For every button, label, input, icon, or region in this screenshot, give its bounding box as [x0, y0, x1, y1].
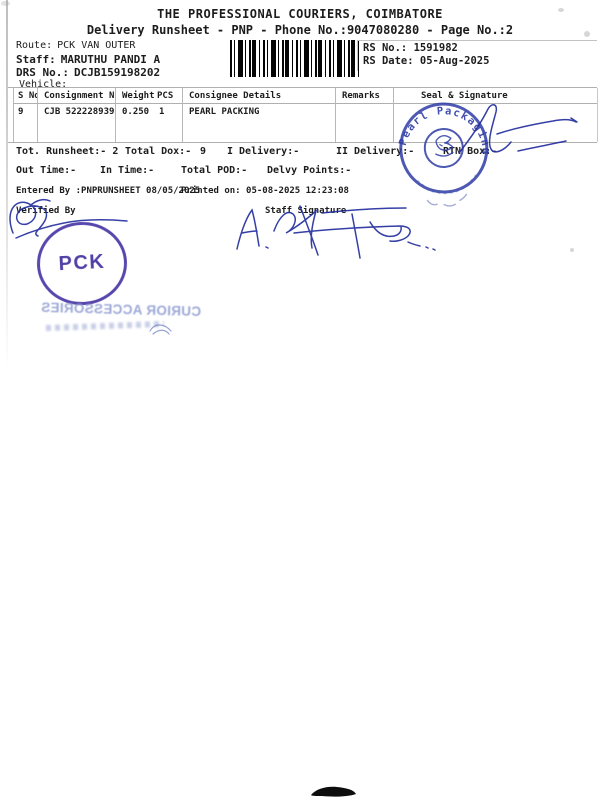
- col-header-weight: Weight: [115, 88, 155, 104]
- col-header-remarks: Remarks: [335, 88, 393, 104]
- cell-weight: 0.250: [115, 104, 155, 142]
- total-runsheet: Tot. Runsheet:- 2: [16, 146, 118, 157]
- total-runsheet-value: 2: [112, 146, 118, 157]
- table-bottom-line: [8, 142, 597, 143]
- total-dox-label: Total Dox:-: [125, 146, 191, 157]
- scan-smudge: [311, 787, 356, 797]
- out-time-label: Out Time:-: [16, 165, 76, 176]
- scan-speck: [1, 1, 10, 6]
- document-title: THE PROFESSIONAL COURIERS, COIMBATORE: [0, 7, 600, 21]
- rs-date-label: RS Date:: [363, 55, 414, 67]
- route-value: PCK VAN OUTER: [57, 40, 135, 51]
- staff-label: Staff:: [16, 53, 56, 66]
- i-delivery-label: I Delivery:-: [227, 146, 299, 157]
- printed-on: Printed on: 05-08-2025 12:23:08: [181, 186, 349, 196]
- cell-consignment: CJB 522228939: [37, 104, 115, 142]
- staff-signature-label: Staff Signature: [265, 206, 346, 216]
- bleed-through-stamp: CURIOR ACCESSORIES: [28, 300, 214, 320]
- pck-stamp: PCK: [35, 220, 129, 308]
- cell-pcs: 1: [155, 104, 182, 142]
- total-runsheet-label: Tot. Runsheet:-: [16, 146, 106, 157]
- consignment-table: S No Consignment No Weight PCS Consignee…: [13, 88, 598, 142]
- staff-value: MARUTHU PANDI A: [61, 53, 160, 66]
- delivery-runsheet-document: THE PROFESSIONAL COURIERS, COIMBATORE De…: [0, 0, 600, 800]
- barcode: [230, 40, 361, 77]
- drs-label: DRS No.:: [16, 66, 69, 79]
- verified-by-label: Verified By: [16, 206, 76, 216]
- in-time-label: In Time:-: [100, 165, 154, 176]
- pearl-packaging-stamp: Pearl Packaging: [394, 100, 494, 220]
- drs-value: DCJB159198202: [74, 66, 160, 79]
- total-dox-value: 9: [200, 146, 206, 157]
- total-pod-label: Total POD:-: [181, 165, 247, 176]
- rs-no-label: RS No.:: [363, 42, 407, 54]
- divider: [357, 40, 597, 41]
- pck-stamp-text: PCK: [58, 251, 106, 276]
- rs-date-row: RS Date: 05-Aug-2025: [363, 55, 489, 67]
- cell-consignee: PEARL PACKING: [182, 104, 335, 142]
- cell-remarks: [335, 104, 393, 142]
- pearl-stamp-arc-text: Pearl Packaging: [397, 105, 492, 156]
- scan-edge-artifact: [6, 0, 8, 370]
- route-label: Route:: [16, 40, 52, 51]
- rs-no-row: RS No.: 1591982: [363, 42, 458, 54]
- bleed-through-stamp-line2: [46, 321, 164, 331]
- col-header-consignee: Consignee Details: [182, 88, 335, 104]
- route-row: Route:PCK VAN OUTER: [16, 40, 135, 51]
- entered-by: Entered By :PNPRUNSHEET 08/05/2025: [16, 186, 200, 196]
- svg-text:Pearl Packaging: Pearl Packaging: [397, 105, 492, 156]
- cell-sno: 9: [13, 104, 37, 142]
- divider: [357, 40, 358, 71]
- rs-date-value: 05-Aug-2025: [420, 55, 490, 67]
- rs-no-value: 1591982: [414, 42, 458, 54]
- staff-row: Staff:MARUTHU PANDI A: [16, 53, 160, 66]
- document-subtitle: Delivery Runsheet - PNP - Phone No.:9047…: [0, 23, 600, 37]
- drs-row: DRS No.:DCJB159198202: [16, 66, 160, 79]
- col-header-sno: S No: [13, 88, 37, 104]
- col-header-pcs: PCS: [155, 88, 182, 104]
- delvy-points-label: Delvy Points:-: [267, 165, 351, 176]
- col-header-consignment: Consignment No: [37, 88, 115, 104]
- scan-speck: [570, 248, 574, 252]
